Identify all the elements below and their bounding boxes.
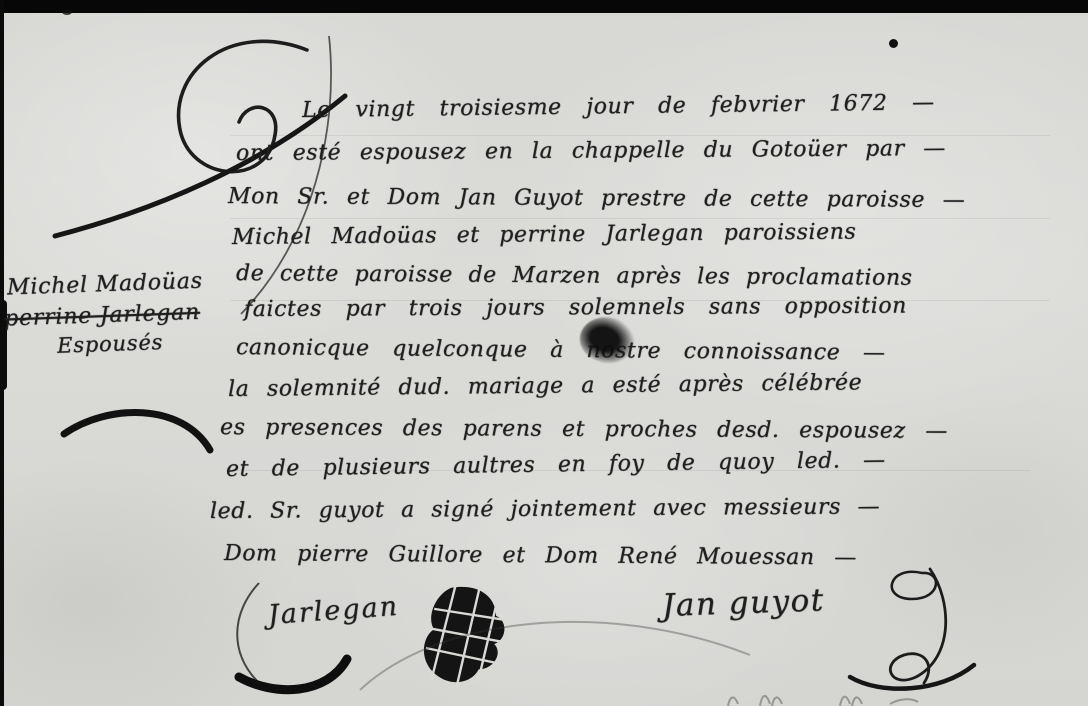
margin-note-bride: perrine Jarlegan — [4, 300, 205, 332]
act-line: ont esté espousez en la chappelle du Got… — [236, 136, 946, 166]
act-line: es presences des parens et proches desd.… — [220, 415, 948, 444]
act-line: Mon Sr. et Dom Jan Guyot prestre de cett… — [228, 184, 965, 213]
act-line: la solemnité dud. mariage a esté après c… — [228, 370, 862, 402]
cutoff-next-line-strokes — [720, 690, 920, 706]
margin-note: Michel Madoüas perrine Jarlegan Espousés — [7, 269, 206, 360]
signature-jan-guyot: Jan guyot — [661, 582, 825, 624]
act-line: led. Sr. guyot a signé jointement avec m… — [210, 494, 880, 524]
act-line: faictes par trois jours solemnels sans o… — [244, 294, 907, 322]
scan-top-border — [0, 0, 1088, 13]
act-line: canonicque quelconque à nostre connoissa… — [236, 335, 886, 366]
scanned-parish-register-page: Michel Madoüas perrine Jarlegan Espousés… — [0, 0, 1088, 706]
signature-paraph-flourish — [850, 565, 990, 705]
margin-note-status: Espousés — [57, 329, 206, 358]
act-line: Michel Madoüas et perrine Jarlegan paroi… — [232, 220, 857, 250]
act-line: de cette paroisse de Marzen après les pr… — [236, 261, 913, 291]
act-line: et de plusieurs aultres en foy de quoy l… — [226, 448, 886, 482]
ink-speck — [889, 39, 898, 48]
act-text-block: Le vingt troisiesme jour de febvrier 167… — [210, 86, 1080, 606]
ink-speck — [62, 9, 72, 15]
margin-note-groom: Michel Madoüas — [7, 269, 204, 301]
act-line: Le vingt troisiesme jour de febvrier 167… — [302, 90, 935, 123]
act-line: Dom pierre Guillore et Dom René Mouessan… — [224, 541, 857, 570]
